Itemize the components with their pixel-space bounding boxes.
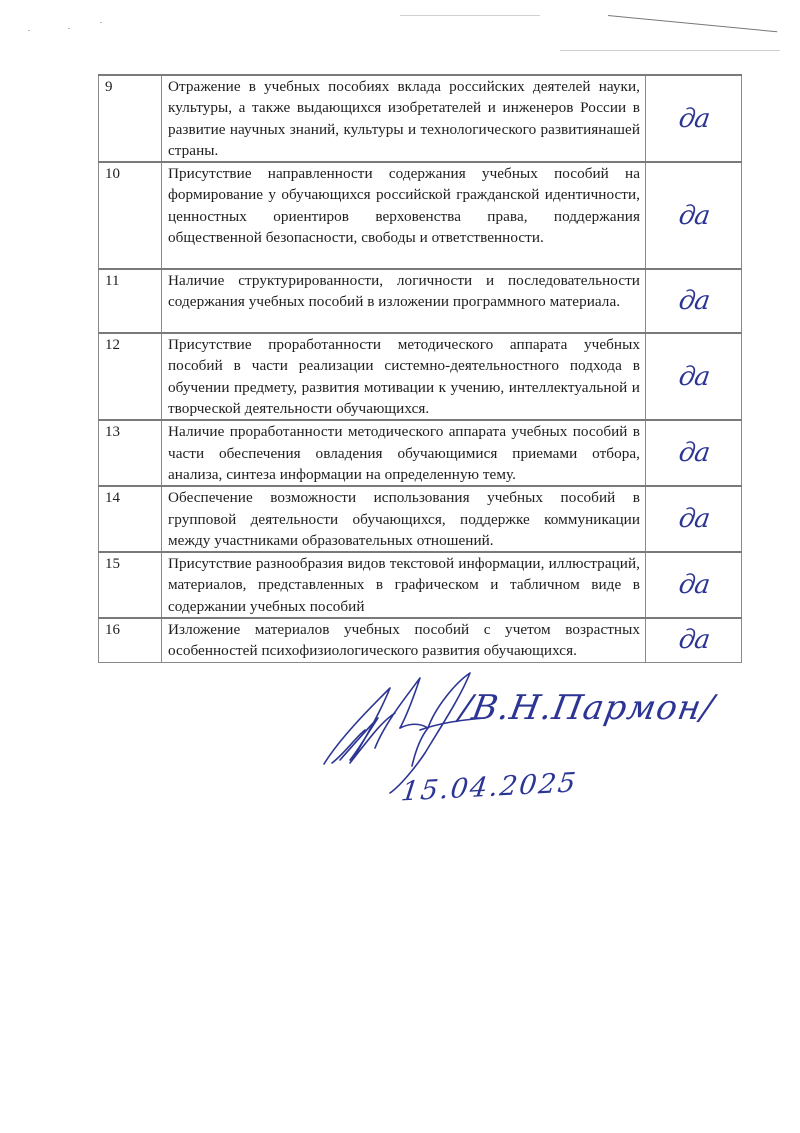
row-number: 16	[99, 618, 162, 662]
row-number: 15	[99, 552, 162, 618]
mark-cell: да	[646, 486, 742, 552]
mark-cell: да	[646, 618, 742, 662]
handwritten-mark: да	[676, 104, 710, 134]
row-number: 10	[99, 162, 162, 269]
mark-cell: да	[646, 269, 742, 333]
mark-cell: да	[646, 420, 742, 486]
table-row: 16 Изложение материалов учебных пособий …	[99, 618, 742, 662]
handwritten-mark: да	[676, 362, 710, 392]
handwritten-mark: да	[676, 286, 710, 316]
mark-cell: да	[646, 162, 742, 269]
row-number: 13	[99, 420, 162, 486]
criterion-text: Присутствие разнообразия видов текстовой…	[162, 552, 646, 618]
scan-dot	[68, 28, 70, 29]
criteria-table: 9 Отражение в учебных пособиях вклада ро…	[98, 74, 742, 663]
signatory-name: /В.Н.Пармон/	[456, 688, 717, 728]
handwritten-mark: да	[676, 438, 710, 468]
handwritten-mark: да	[676, 570, 710, 600]
table-row: 11 Наличие структурированности, логичнос…	[99, 269, 742, 333]
scan-dot	[100, 22, 102, 23]
table-row: 14 Обеспечение возможности использования…	[99, 486, 742, 552]
criterion-text: Присутствие проработанности методическог…	[162, 333, 646, 420]
mark-cell: да	[646, 75, 742, 162]
row-number: 12	[99, 333, 162, 420]
scan-line	[560, 50, 780, 51]
handwritten-mark: да	[676, 504, 710, 534]
table-row: 9 Отражение в учебных пособиях вклада ро…	[99, 75, 742, 162]
mark-cell: да	[646, 333, 742, 420]
mark-cell: да	[646, 552, 742, 618]
handwritten-mark: да	[676, 625, 710, 655]
criterion-text: Обеспечение возможности использования уч…	[162, 486, 646, 552]
table-row: 13 Наличие проработанности методического…	[99, 420, 742, 486]
row-number: 11	[99, 269, 162, 333]
table-row: 15 Присутствие разнообразия видов тексто…	[99, 552, 742, 618]
row-number: 9	[99, 75, 162, 162]
criterion-text: Наличие проработанности методического ап…	[162, 420, 646, 486]
criterion-text: Присутствие направленности содержания уч…	[162, 162, 646, 269]
criterion-text: Наличие структурированности, логичности …	[162, 269, 646, 333]
handwritten-mark: да	[676, 201, 710, 231]
scan-line	[400, 15, 540, 16]
table-row: 10 Присутствие направленности содержания…	[99, 162, 742, 269]
row-number: 14	[99, 486, 162, 552]
table-row: 12 Присутствие проработанности методичес…	[99, 333, 742, 420]
scan-line	[608, 15, 777, 32]
scan-dot	[28, 30, 30, 31]
criterion-text: Изложение материалов учебных пособий с у…	[162, 618, 646, 662]
signature-block: /В.Н.Пармон/ 15.04.2025	[320, 668, 720, 838]
criterion-text: Отражение в учебных пособиях вклада росс…	[162, 75, 646, 162]
